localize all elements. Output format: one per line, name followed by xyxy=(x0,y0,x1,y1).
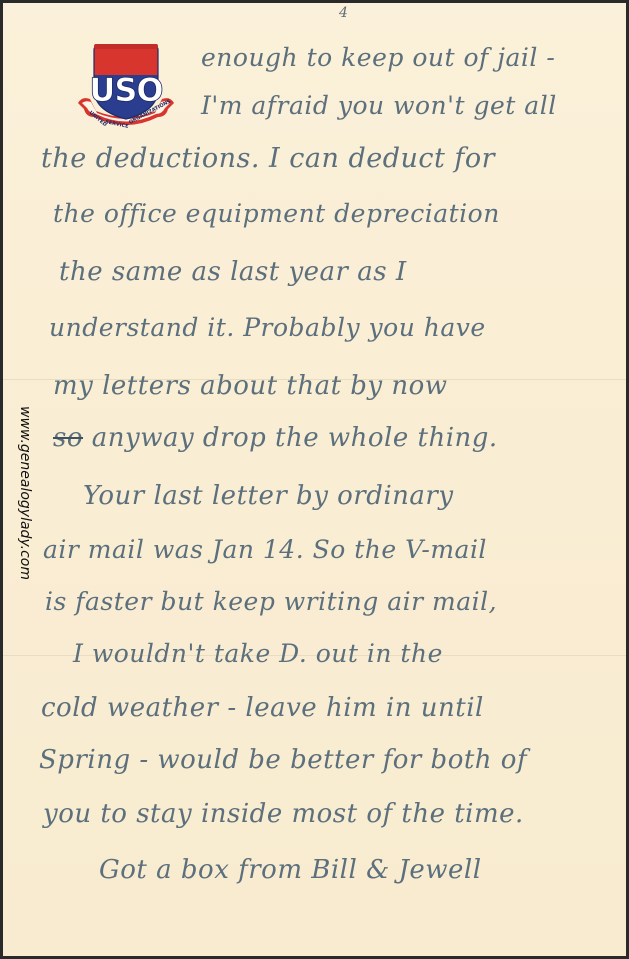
letter-line: my letters about that by now xyxy=(53,371,448,401)
letter-line: the deductions. I can deduct for xyxy=(41,143,495,174)
uso-logo: USO UNITED SERVICE ORGANIZATIONS xyxy=(76,41,176,133)
uso-shield-icon: USO UNITED SERVICE ORGANIZATIONS xyxy=(76,41,176,133)
letter-line: so anyway drop the whole thing. xyxy=(53,423,498,453)
letter-line: understand it. Probably you have xyxy=(49,313,486,342)
letter-line: you to stay inside most of the time. xyxy=(43,799,524,829)
letter-line: the office equipment depreciation xyxy=(53,199,500,228)
letter-line: I'm afraid you won't get all xyxy=(201,91,557,120)
letter-line: the same as last year as I xyxy=(59,257,407,287)
struck-text: so xyxy=(53,423,83,453)
letter-line: I wouldn't take D. out in the xyxy=(73,639,443,668)
letter-page: 4 USO UNITED SERVICE ORGANIZATIONS www.g… xyxy=(3,3,626,956)
page-number: 4 xyxy=(339,5,348,21)
letter-line: Your last letter by ordinary xyxy=(83,481,454,511)
letter-line: Spring - would be better for both of xyxy=(39,745,527,775)
letter-line: is faster but keep writing air mail, xyxy=(45,587,497,616)
svg-text:USO: USO xyxy=(89,71,162,109)
watermark-url: www.genealogylady.com xyxy=(15,383,35,603)
letter-line: cold weather - leave him in until xyxy=(41,693,484,723)
letter-line: Got a box from Bill & Jewell xyxy=(99,855,482,885)
letter-line: air mail was Jan 14. So the V-mail xyxy=(43,535,487,564)
letter-line: enough to keep out of jail - xyxy=(201,43,555,72)
